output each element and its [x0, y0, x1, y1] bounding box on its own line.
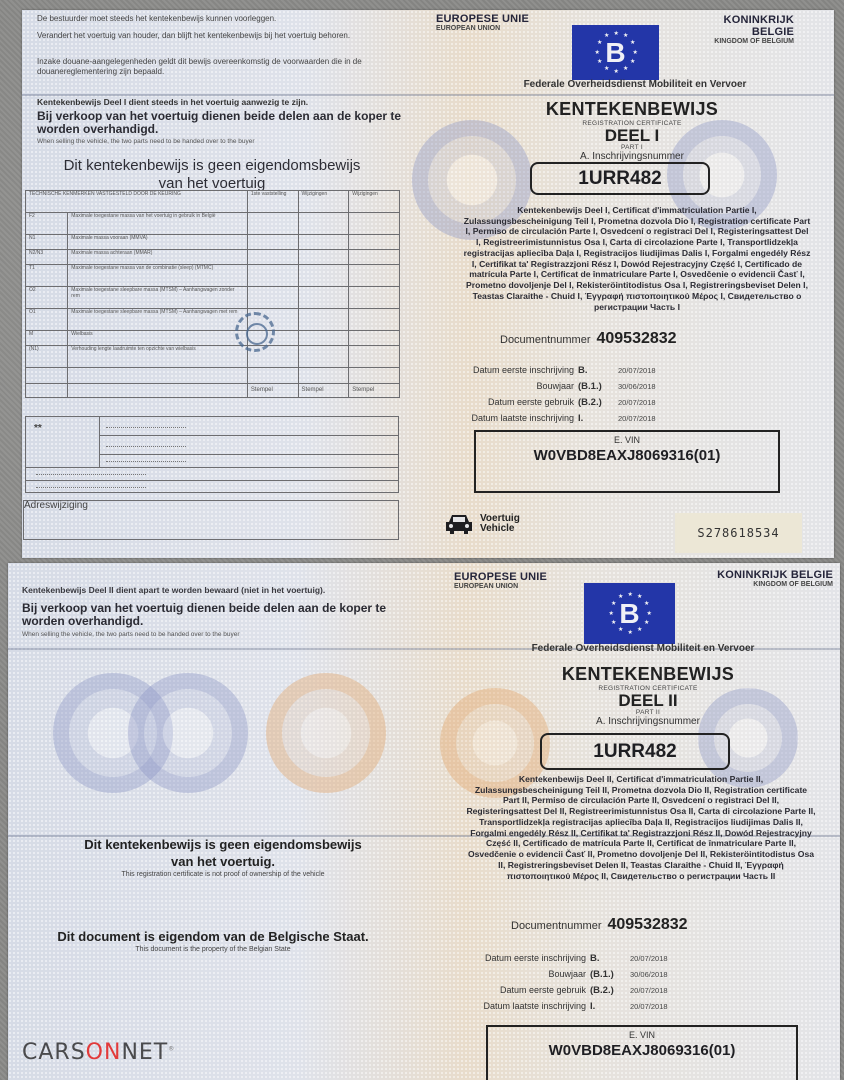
- date-row: Datum laatste inschrijvingI.20/07/2018: [482, 998, 668, 1014]
- star-icon: ★: [597, 41, 601, 45]
- ownership-disclaimer: Dit kentekenbewijs is geen eigendomsbewi…: [28, 837, 418, 878]
- star-icon: ★: [644, 621, 648, 625]
- eu-flag-icon: B★★★★★★★★★★★★: [572, 25, 659, 80]
- date-row: Datum eerste gebruik(B.2.)20/07/2018: [470, 394, 656, 410]
- dates-block: Datum eerste inschrijvingB.20/07/2018Bou…: [470, 362, 656, 426]
- kingdom-label: KONINKRIJK BELGIE KINGDOM OF BELGIUM: [683, 569, 833, 588]
- registration-plate-number: 1URR482: [530, 162, 710, 195]
- star-icon: ★: [644, 602, 648, 606]
- table-row: (N1)Verhouding lengte laadruimte ten opz…: [26, 346, 400, 368]
- date-value: 20/07/2018: [618, 366, 656, 375]
- table-row: O2Maximale toegestane sleepbare massa (M…: [26, 287, 400, 309]
- multilingual-title: Kentekenbewijs Deel I, Certificat d'imma…: [462, 205, 812, 312]
- fold-line: [22, 94, 834, 96]
- star-icon: ★: [630, 41, 634, 45]
- table-header-changes-1: Wijzigingen: [298, 191, 349, 213]
- watermark-wheel: [266, 673, 386, 793]
- table-header-first: 1ste vaststelling: [247, 191, 298, 213]
- table-header-specs: TECHNISCHE KENMERKEN VASTGESTELD DOOR DE…: [26, 191, 248, 213]
- notice-2: Verandert het voertuig van houder, dan b…: [37, 31, 417, 41]
- date-row: Datum eerste inschrijvingB.20/07/2018: [482, 950, 668, 966]
- date-code: (B.2.): [590, 985, 630, 996]
- table-row: N1Maximale massa vooraan (MMVA): [26, 235, 400, 250]
- carsonnet-watermark-logo: CARSONNET®: [22, 1040, 175, 1065]
- vin-number: W0VBD8EAXJ8069316(01): [488, 1042, 796, 1059]
- vin-box: E. VIN W0VBD8EAXJ8069316(01): [474, 430, 780, 493]
- registration-part-2: Kentekenbewijs Deel II dient apart te wo…: [8, 563, 840, 1080]
- state-property-notice: Dit document is eigendom van de Belgisch…: [8, 929, 418, 953]
- date-row: Bouwjaar(B.1.)30/06/2018: [470, 378, 656, 394]
- sale-notice: Bij verkoop van het voertuig dienen beid…: [22, 602, 402, 627]
- spec-code: N1: [26, 235, 68, 250]
- registration-part-1: De bestuurder moet steeds het kentekenbe…: [22, 10, 834, 558]
- date-row: Datum eerste gebruik(B.2.)20/07/2018: [482, 982, 668, 998]
- date-label: Bouwjaar: [482, 969, 590, 979]
- notes-box: **: [25, 416, 399, 493]
- date-value: 20/07/2018: [630, 954, 668, 963]
- spec-description: Maximale massa achteraan (MMAR): [68, 250, 248, 265]
- vin-box: E. VIN W0VBD8EAXJ8069316(01): [486, 1025, 798, 1080]
- date-label: Datum eerste gebruik: [470, 397, 578, 407]
- dates-block: Datum eerste inschrijvingB.20/07/2018Bou…: [482, 950, 668, 1014]
- date-row: Datum laatste inschrijvingI.20/07/2018: [470, 410, 656, 426]
- date-value: 20/07/2018: [630, 986, 668, 995]
- multilingual-title: Kentekenbewijs Deel II, Certificat d'imm…: [466, 774, 816, 881]
- date-code: B.: [590, 953, 630, 964]
- spec-description: Maximale toegestane massa van het voertu…: [68, 213, 248, 235]
- notice-3: Inzake douane-aangelegenheden geldt dit …: [37, 57, 422, 76]
- spec-code: O2: [26, 287, 68, 309]
- eu-label: EUROPESE UNIE EUROPEAN UNION: [436, 13, 529, 32]
- star-icon: ★: [618, 595, 622, 599]
- star-icon: ★: [614, 32, 618, 36]
- date-value: 20/07/2018: [618, 398, 656, 407]
- official-stamp-seal: [235, 312, 275, 352]
- certificate-heading: KENTEKENBEWIJS REGISTRATION CERTIFICATE …: [502, 99, 762, 162]
- star-icon: ★: [623, 34, 627, 38]
- kingdom-label: KONINKRIJK BELGIE KINGDOM OF BELGIUM: [684, 14, 794, 45]
- date-label: Datum eerste inschrijving: [470, 365, 578, 375]
- keep-separate-notice: Kentekenbewijs Deel II dient apart te wo…: [22, 585, 422, 595]
- date-label: Datum laatste inschrijving: [470, 413, 578, 423]
- watermark-wheel: [128, 673, 248, 793]
- star-icon: ★: [637, 595, 641, 599]
- ownership-disclaimer: Dit kentekenbewijs is geen eigendomsbewi…: [62, 157, 362, 193]
- eu-flag-icon: B★★★★★★★★★★★★: [584, 583, 675, 644]
- star-icon: ★: [628, 593, 632, 597]
- star-icon: ★: [604, 67, 608, 71]
- star-icon: ★: [604, 34, 608, 38]
- spec-description: Maximale toegestane massa van de combina…: [68, 265, 248, 287]
- vin-number: W0VBD8EAXJ8069316(01): [476, 447, 778, 464]
- ministry-label: Federale Overheidsdienst Mobiliteit en V…: [500, 79, 770, 90]
- ministry-label: Federale Overheidsdienst Mobiliteit en V…: [508, 643, 778, 654]
- date-code: (B.1.): [590, 969, 630, 980]
- date-label: Bouwjaar: [470, 381, 578, 391]
- stamp-label: Stempel: [247, 384, 298, 398]
- table-row: F2Maximale toegestane massa van het voer…: [26, 213, 400, 235]
- star-icon: ★: [611, 602, 615, 606]
- stamp-row: StempelStempelStempel: [26, 384, 400, 398]
- star-icon: ★: [647, 612, 651, 616]
- address-change-label: Adreswijziging: [24, 500, 88, 511]
- certificate-heading: KENTEKENBEWIJS REGISTRATION CERTIFICATE …: [518, 664, 778, 727]
- serial-number: S278618534: [675, 513, 802, 553]
- date-code: (B.2.): [578, 397, 618, 408]
- address-change-box: Adreswijziging: [23, 500, 399, 540]
- date-code: (B.1.): [578, 381, 618, 392]
- technical-specs-table: TECHNISCHE KENMERKEN VASTGESTELD DOOR DE…: [25, 190, 400, 398]
- date-value: 30/06/2018: [618, 382, 656, 391]
- star-icon: ★: [633, 51, 637, 55]
- sale-notice-en: When selling the vehicle, the two parts …: [37, 138, 417, 145]
- star-icon: ★: [597, 60, 601, 64]
- star-icon: ★: [609, 612, 613, 616]
- eu-label: EUROPESE UNIE EUROPEAN UNION: [454, 571, 547, 590]
- spec-code: O1: [26, 309, 68, 331]
- table-row: T1Maximale toegestane massa van de combi…: [26, 265, 400, 287]
- date-row: Datum eerste inschrijvingB.20/07/2018: [470, 362, 656, 378]
- star-icon: ★: [637, 628, 641, 632]
- star-icon: ★: [611, 621, 615, 625]
- date-label: Datum laatste inschrijving: [482, 1001, 590, 1011]
- table-header-changes-2: Wijzigingen: [349, 191, 400, 213]
- star-icon: ★: [618, 628, 622, 632]
- date-code: B.: [578, 365, 618, 376]
- star-icon: ★: [595, 51, 599, 55]
- date-value: 20/07/2018: [618, 414, 656, 423]
- stamp-label: Stempel: [298, 384, 349, 398]
- sale-notice: Bij verkoop van het voertuig dienen beid…: [37, 110, 407, 135]
- star-icon: ★: [623, 67, 627, 71]
- spec-code: N2/N3: [26, 250, 68, 265]
- document-number: Documentnummer 409532832: [500, 330, 677, 348]
- star-icon: ★: [630, 60, 634, 64]
- sale-notice-en: When selling the vehicle, the two parts …: [22, 631, 402, 638]
- date-value: 20/07/2018: [630, 1002, 668, 1011]
- spec-code: T1: [26, 265, 68, 287]
- spec-description: Maximale toegestane sleepbare massa (MTS…: [68, 287, 248, 309]
- date-label: Datum eerste gebruik: [482, 985, 590, 995]
- car-icon: [444, 512, 474, 536]
- spec-description: Verhouding lengte laadruimte ten opzicht…: [68, 346, 248, 368]
- date-code: I.: [578, 413, 618, 424]
- spec-code: F2: [26, 213, 68, 235]
- document-number: Documentnummer 409532832: [511, 916, 688, 934]
- date-row: Bouwjaar(B.1.)30/06/2018: [482, 966, 668, 982]
- table-row: MWielbasis: [26, 331, 400, 346]
- table-row: O1Maximale toegestane sleepbare massa (M…: [26, 309, 400, 331]
- notes-marker: **: [34, 423, 42, 434]
- star-icon: ★: [614, 70, 618, 74]
- spec-code: M: [26, 331, 68, 346]
- registration-plate-number: 1URR482: [540, 733, 730, 770]
- must-be-present-notice: Kentekenbewijs Deel I dient steeds in he…: [37, 97, 422, 107]
- stamp-label: Stempel: [349, 384, 400, 398]
- date-value: 30/06/2018: [630, 970, 668, 979]
- notice-1: De bestuurder moet steeds het kentekenbe…: [37, 14, 417, 23]
- spec-description: Maximale toegestane sleepbare massa (MTS…: [68, 309, 248, 331]
- spec-description: Wielbasis: [68, 331, 248, 346]
- spec-description: Maximale massa vooraan (MMVA): [68, 235, 248, 250]
- date-label: Datum eerste inschrijving: [482, 953, 590, 963]
- date-code: I.: [590, 1001, 630, 1012]
- vehicle-label: Voertuig Vehicle: [444, 512, 520, 536]
- star-icon: ★: [628, 631, 632, 635]
- spec-code: (N1): [26, 346, 68, 368]
- table-row: N2/N3Maximale massa achteraan (MMAR): [26, 250, 400, 265]
